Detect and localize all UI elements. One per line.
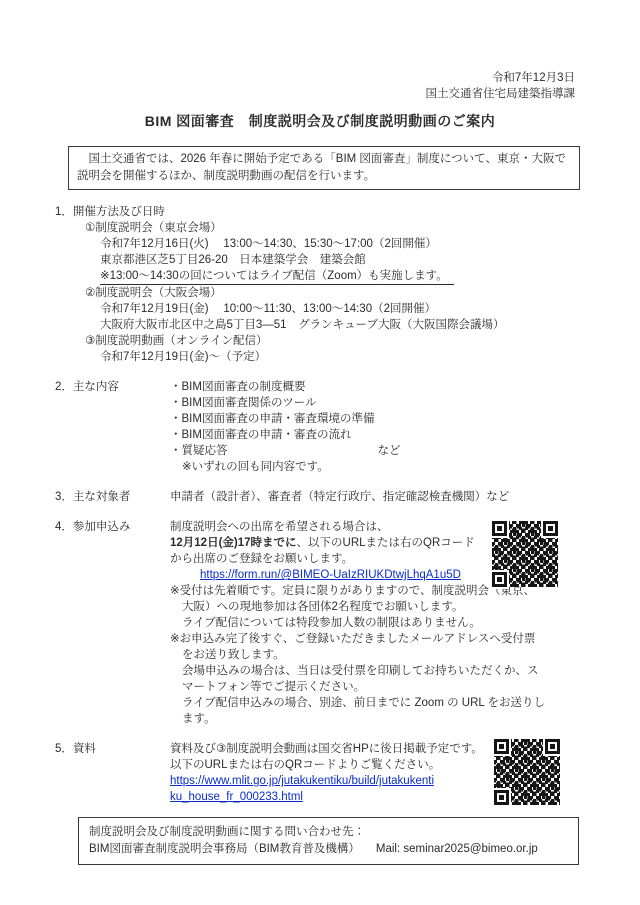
section-schedule: 1．開催方法及び日時 ①制度説明会（東京会場） 令和7年12月16日(火) 13… [55,204,585,365]
qr-finder [492,521,507,536]
contact-detail: BIM図面審査制度説明会事務局（BIM教育普及機構）Mail: seminar2… [89,841,568,858]
osaka-session-venue: 大阪府大阪市北区中之島5丁目3―51 グランキューブ大阪（大阪国際会議場） [100,317,585,333]
registration-deadline: 12月12日(金)17時までに [170,537,297,549]
qr-code-materials-icon [494,739,560,805]
same-content-note: ※いずれの回も同内容です。 [182,459,585,475]
registration-note1-cont: 大阪）への現地参加は各団体2名程度でお願いします。 [182,599,585,615]
section-audience: 3．主な対象者 申請者（設計者）、審査者（特定行政庁、指定確認検査機関）など [55,489,585,505]
document-date: 令和7年12月3日 [55,70,575,86]
document-page: 令和7年12月3日 国土交通省住宅局建築指導課 BIM 図面審査 制度説明会及び… [0,0,640,905]
section5-heading: 5．資料 [55,741,170,805]
contact-intro: 制度説明会及び制度説明動画に関する問い合わせ先： [89,824,568,841]
qr-finder [492,572,507,587]
tokyo-session-venue: 東京都港区芝5丁目26-20 日本建築学会 建築会館 [100,252,585,268]
etc-label: など [378,443,401,459]
tokyo-session-datetime: 令和7年12月16日(火) 13:00～14:30、15:30～17:00（2回… [100,236,585,252]
qr-finder [545,739,560,754]
registration-note2-cont4: ライブ配信申込みの場合、別途、前日までに Zoom の URL をお送りし [182,695,585,711]
section-registration: 4．参加申込み 制度説明会への出席を希望される場合は、 12月12日(金)17時… [55,519,585,727]
video-date: 令和7年12月19日(金)～（予定） [100,349,585,365]
tokyo-session-title: ①制度説明会（東京会場） [85,220,585,236]
materials-link-line1[interactable]: https://www.mlit.go.jp/jutakukentiku/bui… [170,775,434,787]
osaka-session-datetime: 令和7年12月19日(金) 10:00～11:30、13:00～14:30（2回… [100,301,585,317]
document-department: 国土交通省住宅局建築指導課 [55,86,575,102]
section2-heading: 2．主な内容 [55,379,170,475]
registration-note2-cont: をお送り致します。 [182,647,585,663]
video-title: ③制度説明動画（オンライン配信） [85,333,585,349]
intro-box: 国土交通省では、2026 年春に開始予定である「BIM 図面審査」制度について、… [68,146,580,190]
contact-mail: Mail: seminar2025@bimeo.or.jp [376,843,538,855]
materials-link-line2[interactable]: ku_house_fr_000233.html [170,791,303,803]
registration-note2-cont2: 会場申込みの場合は、当日は受付票を印刷してお持ちいただくか、ス [182,663,585,679]
registration-note2-cont5: ます。 [182,711,585,727]
qr-finder [494,790,509,805]
content-item-qa-text: ・質疑応答 [170,445,228,457]
intro-text: 国土交通省では、2026 年春に開始予定である「BIM 図面審査」制度について、… [77,153,566,182]
osaka-session-title: ②制度説明会（大阪会場） [85,285,585,301]
tokyo-live-note-text: ※13:00～14:30の回についてはライブ配信（Zoom）も実施します。 [100,268,454,285]
audience-text: 申請者（設計者）、審査者（特定行政庁、指定確認検査機関）など [170,489,585,505]
section3-heading: 3．主な対象者 [55,489,170,505]
document-header: 令和7年12月3日 国土交通省住宅局建築指導課 [55,70,585,102]
contact-box: 制度説明会及び制度説明動画に関する問い合わせ先： BIM図面審査制度説明会事務局… [78,817,579,865]
section-contents: 2．主な内容 ・BIM図面審査の制度概要 ・BIM図面審査関係のツール ・BIM… [55,379,585,475]
registration-form-link[interactable]: https://form.run/@BIMEO-UaIzRIUKDtwjLhqA… [200,569,461,581]
content-item: ・BIM図面審査の申請・審査環境の準備 [170,411,585,427]
qr-finder [543,521,558,536]
content-item: ・BIM図面審査関係のツール [170,395,585,411]
content-item: ・BIM図面審査の制度概要 [170,379,585,395]
registration-line2-rest: 、以下のURLまたは右のQRコード [297,537,475,549]
section1-heading: 1．開催方法及び日時 [55,204,585,220]
contact-org: BIM図面審査制度説明会事務局（BIM教育普及機構） [89,843,360,855]
section4-heading: 4．参加申込み [55,519,170,727]
section-materials: 5．資料 資料及び③制度説明会動画は国交省HPに後日掲載予定です。 以下のURL… [55,741,585,805]
qr-code-registration-icon [492,521,558,587]
content-item: ・BIM図面審査の申請・審査の流れ [170,427,585,443]
document-title: BIM 図面審査 制度説明会及び制度説明動画のご案内 [55,112,585,130]
qr-finder [494,739,509,754]
registration-note1-cont2: ライブ配信については特段参加人数の制限はありません。 [182,615,585,631]
registration-note2-cont3: マートフォン等でご提示ください。 [182,679,585,695]
tokyo-live-note: ※13:00～14:30の回についてはライブ配信（Zoom）も実施します。 [100,268,585,285]
registration-note2: ※お申込み完了後すぐ、ご登録いただきましたメールアドレスへ受付票 [170,631,585,647]
content-item-qa: ・質疑応答など [170,443,585,459]
